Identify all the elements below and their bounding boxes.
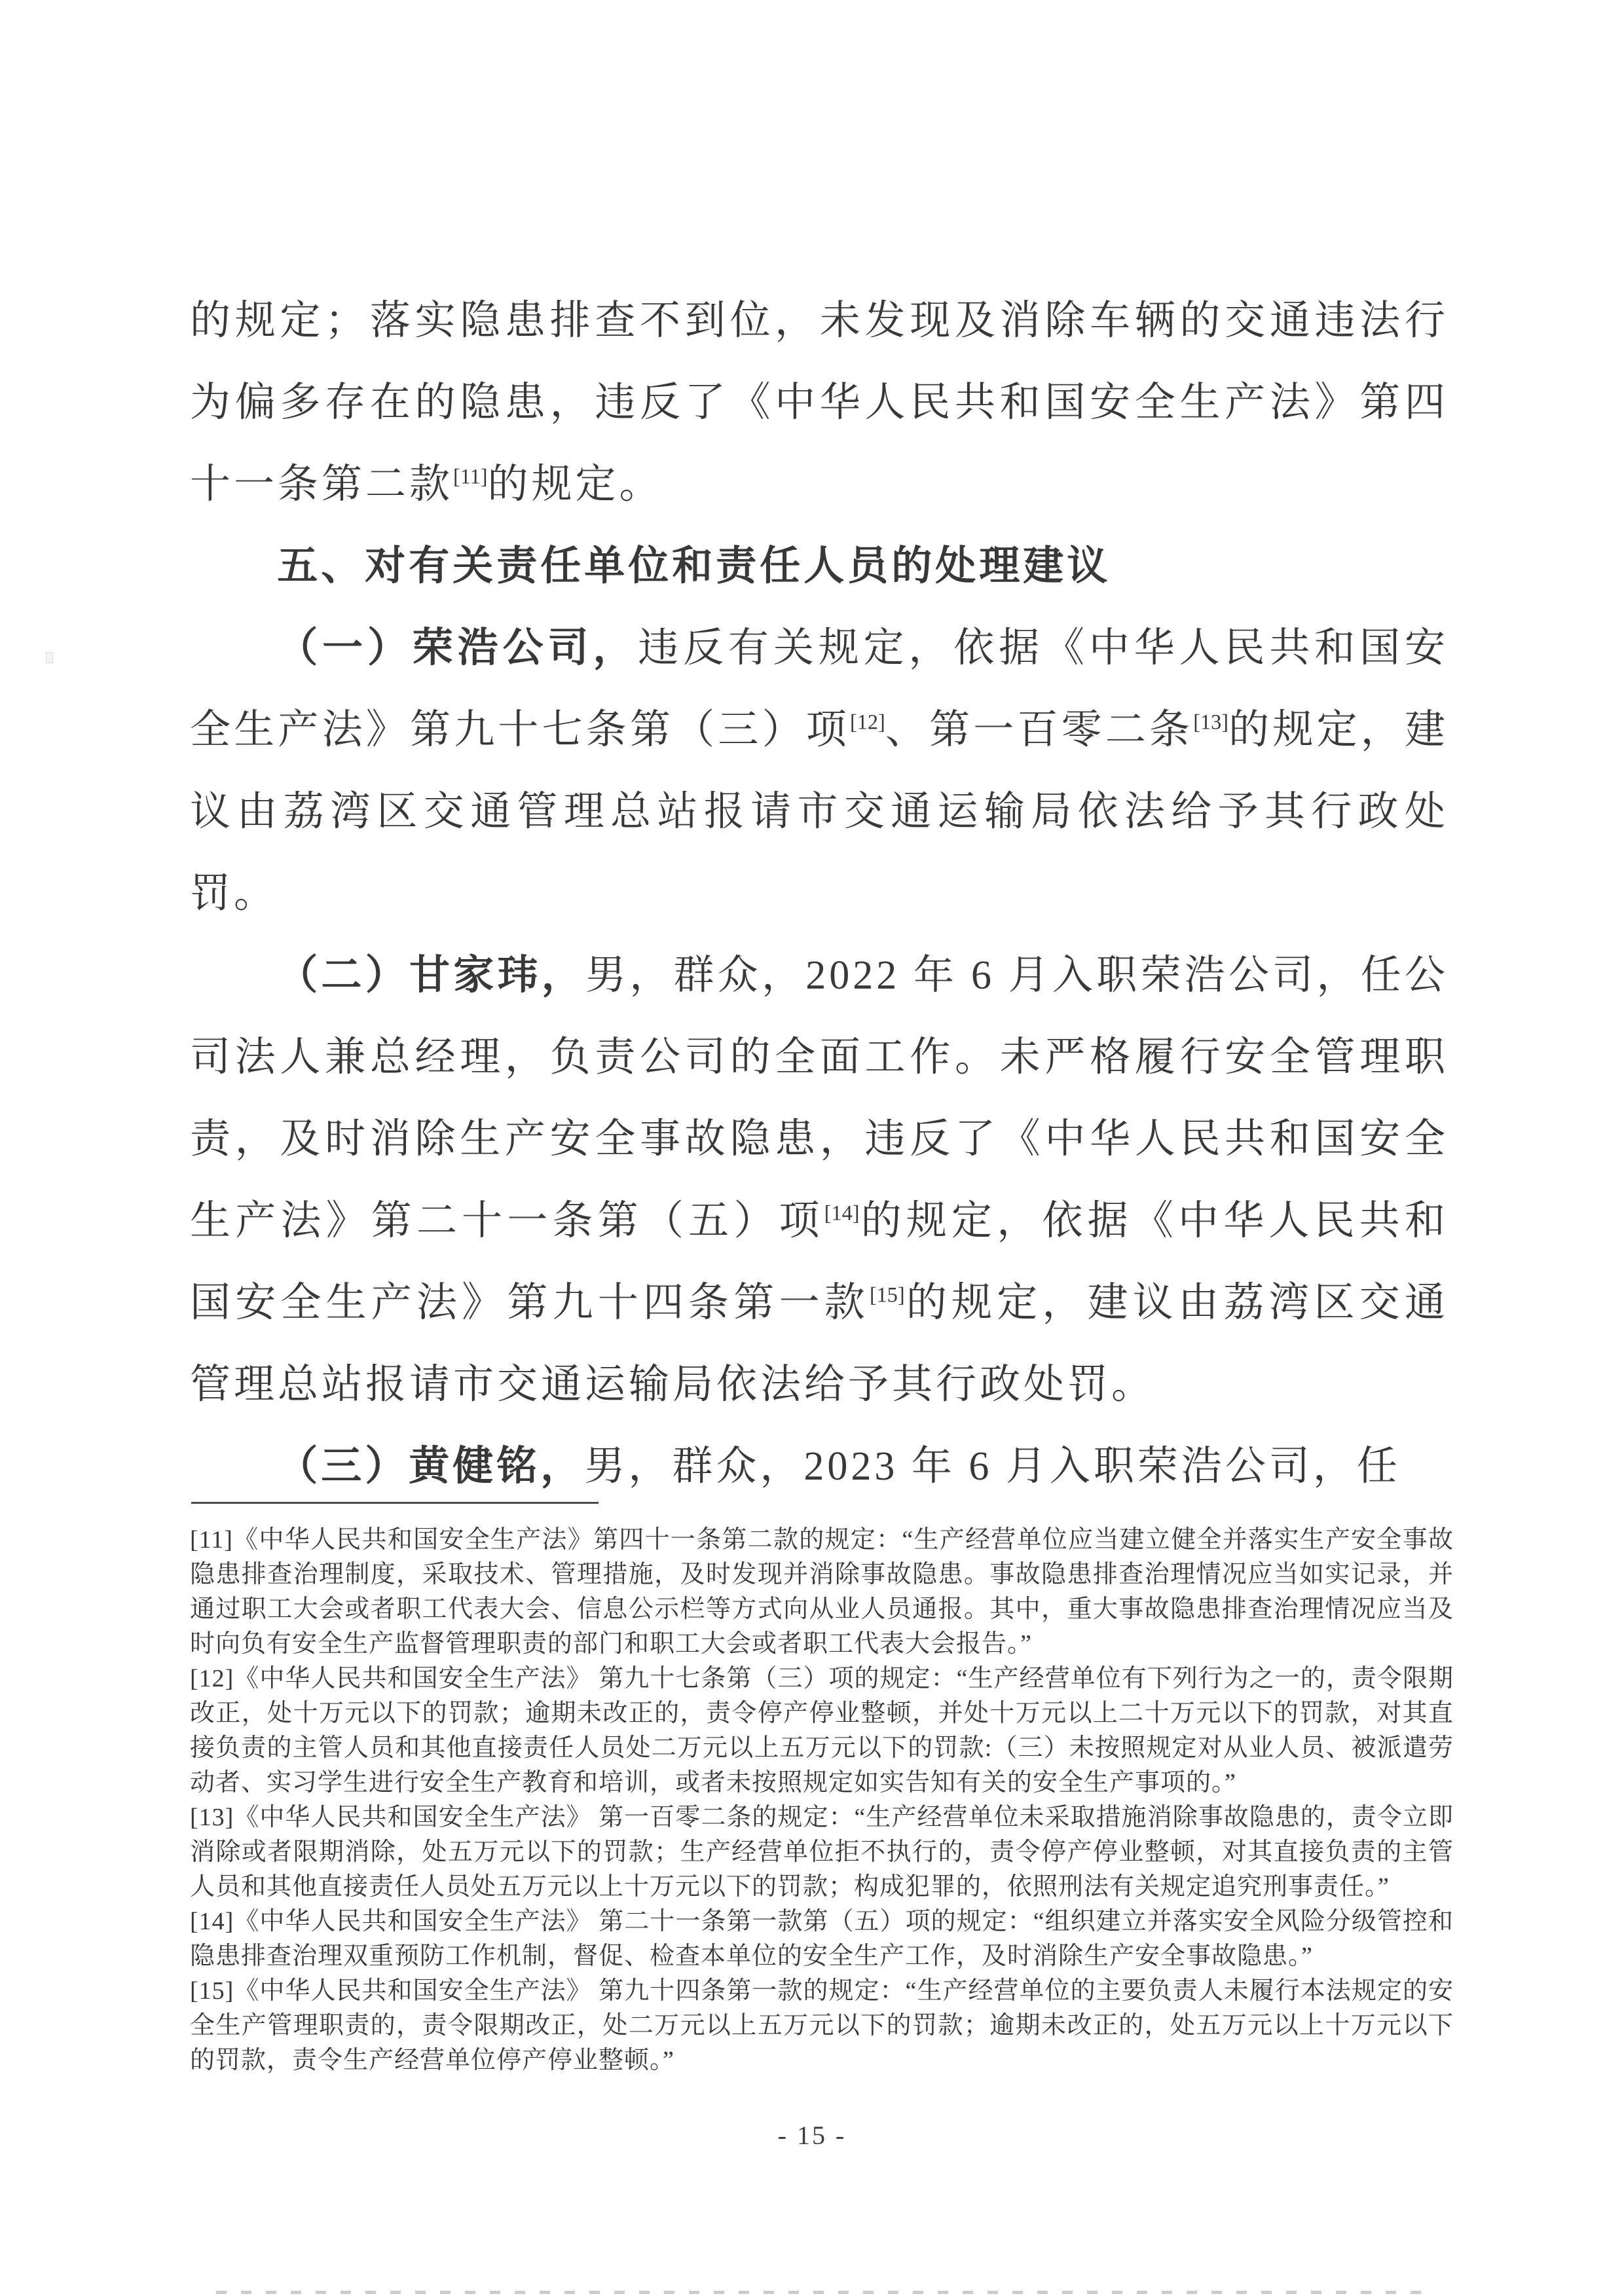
scan-edge-artifact [216, 2291, 1434, 2294]
paragraph-item-3: （三）黄健铭，男，群众，2023 年 6 月入职荣浩公司，任 [190, 1426, 1449, 1508]
text-run: 男，群众，2023 年 6 月入职荣浩公司，任 [584, 1444, 1401, 1489]
page-number: - 15 - [0, 2120, 1624, 2151]
text-run-bold: （一）荣浩公司， [277, 626, 638, 670]
paragraph-item-2: （二）甘家玮，男，群众，2022 年 6 月入职荣浩公司，任公司法人兼总经理，负… [190, 935, 1449, 1426]
footnote-item-13: [13]《中华人民共和国安全生产法》 第一百零二条的规定：“生产经营单位未采取措… [190, 1800, 1454, 1904]
footnotes-block: [11]《中华人民共和国安全生产法》第四十一条第二款的规定：“生产经营单位应当建… [190, 1523, 1454, 2078]
footnote-reference: [13] [1193, 710, 1228, 733]
footnote-item-11: [11]《中华人民共和国安全生产法》第四十一条第二款的规定：“生产经营单位应当建… [190, 1523, 1454, 1662]
scan-margin-mark [46, 652, 53, 663]
footnote-separator [191, 1502, 599, 1504]
text-run: 的规定。 [488, 462, 663, 507]
footnote-item-14: [14]《中华人民共和国安全生产法》 第二十一条第一款第（五）项的规定：“组织建… [190, 1904, 1454, 1974]
footnote-reference: [12] [850, 710, 885, 733]
footnote-item-15: [15]《中华人民共和国安全生产法》 第九十四条第一款的规定：“生产经营单位的主… [190, 1974, 1454, 2078]
footnote-reference: [11] [453, 464, 488, 488]
footnote-reference: [14] [824, 1201, 860, 1224]
paragraph-continuation: 的规定；落实隐患排查不到位，未发现及消除车辆的交通违法行为偏多存在的隐患，违反了… [190, 280, 1449, 526]
footnote-reference: [15] [870, 1283, 905, 1306]
document-page: 的规定；落实隐患排查不到位，未发现及消除车辆的交通违法行为偏多存在的隐患，违反了… [0, 0, 1624, 2296]
footnote-item-12: [12]《中华人民共和国安全生产法》 第九十七条第（三）项的规定：“生产经营单位… [190, 1662, 1454, 1800]
section-heading: 五、对有关责任单位和责任人员的处理建议 [190, 526, 1449, 608]
text-run: 、第一百零二条 [885, 708, 1194, 752]
body-text: 的规定；落实隐患排查不到位，未发现及消除车辆的交通违法行为偏多存在的隐患，违反了… [190, 280, 1449, 1508]
paragraph-item-1: （一）荣浩公司，违反有关规定，依据《中华人民共和国安全生产法》第九十七条第（三）… [190, 608, 1449, 935]
text-run-bold: 五、对有关责任单位和责任人员的处理建议 [277, 544, 1111, 589]
text-run-bold: （二）甘家玮， [277, 953, 585, 998]
text-run: 的规定；落实隐患排查不到位，未发现及消除车辆的交通违法行为偏多存在的隐患，违反了… [190, 299, 1449, 507]
text-run-bold: （三）黄健铭， [277, 1444, 584, 1489]
